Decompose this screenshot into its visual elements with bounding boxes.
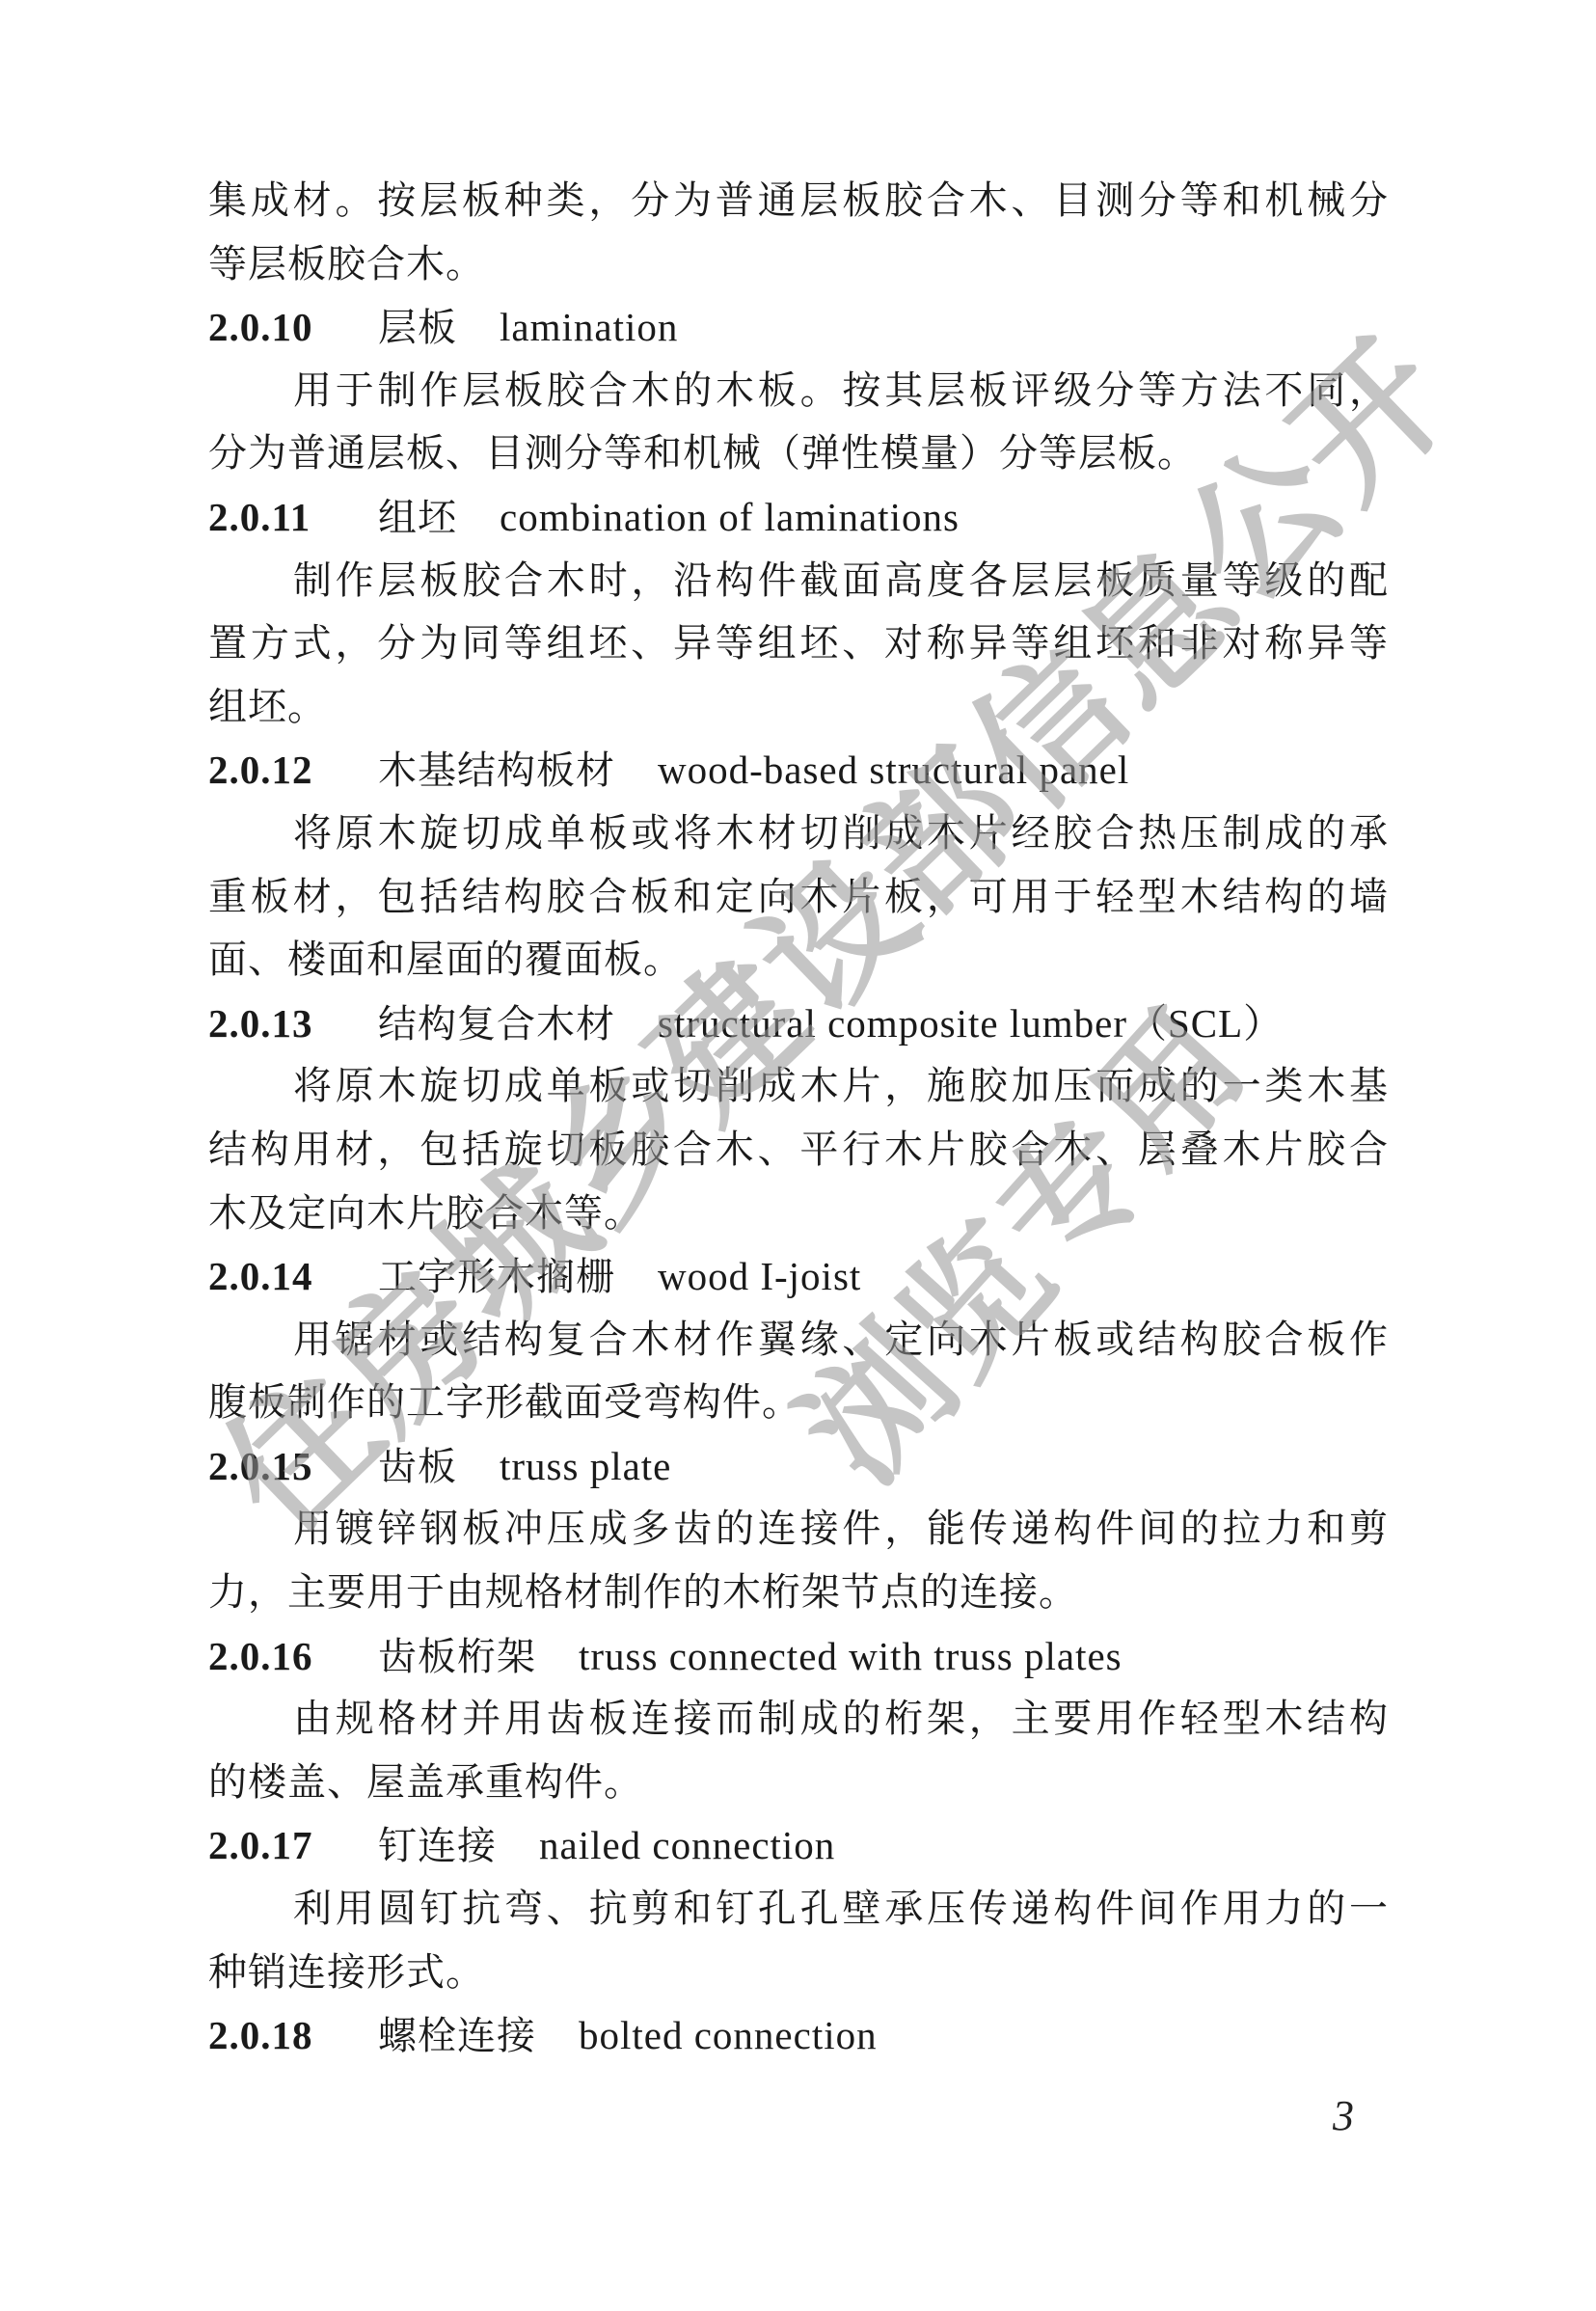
- term-number: 2.0.16: [208, 1625, 378, 1689]
- definition-line: 腹板制作的工字形截面受弯构件。: [208, 1372, 1389, 1435]
- definition-line: 木及定向木片胶合木等。: [208, 1183, 1389, 1246]
- definition-line: 结构用材，包括旋切板胶合木、平行木片胶合木、层叠木片胶合: [208, 1119, 1389, 1183]
- term-number: 2.0.10: [208, 296, 378, 360]
- term-heading-2-0-15: 2.0.15齿板truss plate: [208, 1435, 1389, 1499]
- definition-line: 用于制作层板胶合木的木板。按其层板评级分等方法不同，: [208, 360, 1389, 423]
- term-english: bolted connection: [579, 2013, 878, 2057]
- term-chinese: 工字形木搁栅: [378, 1246, 615, 1310]
- term-english: wood-based structural panel: [658, 748, 1129, 792]
- definition-line: 种销连接形式。: [208, 1942, 1389, 2005]
- definition-line: 力，主要用于由规格材制作的木桁架节点的连接。: [208, 1562, 1389, 1625]
- definition-line: 面、楼面和屋面的覆面板。: [208, 929, 1389, 992]
- term-chinese: 木基结构板材: [378, 740, 615, 803]
- term-chinese: 结构复合木材: [378, 993, 615, 1057]
- term-number: 2.0.11: [208, 486, 378, 550]
- term-chinese: 螺栓连接: [378, 2005, 536, 2069]
- definition-line: 分为普通层板、目测分等和机械（弹性模量）分等层板。: [208, 422, 1389, 486]
- term-number: 2.0.14: [208, 1245, 378, 1309]
- definition-line: 用锯材或结构复合木材作翼缘、定向木片板或结构胶合板作: [208, 1309, 1389, 1373]
- definition-line: 的楼盖、屋盖承重构件。: [208, 1752, 1389, 1815]
- definition-line: 用镀锌钢板冲压成多齿的连接件，能传递构件间的拉力和剪: [208, 1498, 1389, 1562]
- page-body: 集成材。按层板种类，分为普通层板胶合木、目测分等和机械分 等层板胶合木。 2.0…: [208, 170, 1389, 2068]
- definition-line: 置方式，分为同等组坯、异等组坯、对称异等组坯和非对称异等: [208, 612, 1389, 676]
- term-number: 2.0.15: [208, 1435, 378, 1499]
- term-number: 2.0.13: [208, 992, 378, 1056]
- term-heading-2-0-14: 2.0.14工字形木搁栅wood I-joist: [208, 1245, 1389, 1309]
- paragraph-line: 集成材。按层板种类，分为普通层板胶合木、目测分等和机械分: [208, 170, 1389, 233]
- definition-line: 由规格材并用齿板连接而制成的桁架，主要用作轻型木结构: [208, 1688, 1389, 1752]
- term-chinese: 齿板: [378, 1436, 457, 1500]
- term-heading-2-0-12: 2.0.12木基结构板材wood-based structural panel: [208, 739, 1389, 802]
- term-chinese: 组坯: [378, 487, 457, 551]
- term-number: 2.0.12: [208, 739, 378, 802]
- term-heading-2-0-11: 2.0.11组坯combination of laminations: [208, 486, 1389, 550]
- term-heading-2-0-13: 2.0.13结构复合木材structural composite lumber（…: [208, 992, 1389, 1056]
- term-english: wood I-joist: [658, 1254, 861, 1298]
- definition-line: 组坯。: [208, 676, 1389, 740]
- term-english: nailed connection: [539, 1823, 835, 1867]
- definition-line: 利用圆钉抗弯、抗剪和钉孔孔壁承压传递构件间作用力的一: [208, 1878, 1389, 1942]
- definition-line: 制作层板胶合木时，沿构件截面高度各层层板质量等级的配: [208, 550, 1389, 613]
- term-english: lamination: [500, 305, 678, 349]
- term-english: structural composite lumber（SCL）: [658, 1001, 1284, 1046]
- term-chinese: 钉连接: [378, 1815, 497, 1879]
- term-chinese: 齿板桁架: [378, 1626, 536, 1690]
- term-number: 2.0.18: [208, 2004, 378, 2068]
- page-number: 3: [1333, 2091, 1354, 2140]
- definition-line: 重板材，包括结构胶合板和定向木片板，可用于轻型木结构的墙: [208, 866, 1389, 930]
- term-english: truss connected with truss plates: [579, 1634, 1123, 1678]
- term-heading-2-0-18: 2.0.18螺栓连接bolted connection: [208, 2004, 1389, 2068]
- paragraph-line: 等层板胶合木。: [208, 233, 1389, 297]
- term-heading-2-0-16: 2.0.16齿板桁架truss connected with truss pla…: [208, 1625, 1389, 1689]
- term-chinese: 层板: [378, 297, 457, 361]
- term-english: truss plate: [500, 1444, 671, 1488]
- term-heading-2-0-10: 2.0.10层板lamination: [208, 296, 1389, 360]
- definition-line: 将原木旋切成单板或将木材切削成木片经胶合热压制成的承: [208, 802, 1389, 866]
- term-heading-2-0-17: 2.0.17钉连接nailed connection: [208, 1814, 1389, 1878]
- document-page: 集成材。按层板种类，分为普通层板胶合木、目测分等和机械分 等层板胶合木。 2.0…: [0, 0, 1596, 2311]
- definition-line: 将原木旋切成单板或切削成木片，施胶加压而成的一类木基: [208, 1055, 1389, 1119]
- term-number: 2.0.17: [208, 1814, 378, 1878]
- term-english: combination of laminations: [500, 495, 960, 539]
